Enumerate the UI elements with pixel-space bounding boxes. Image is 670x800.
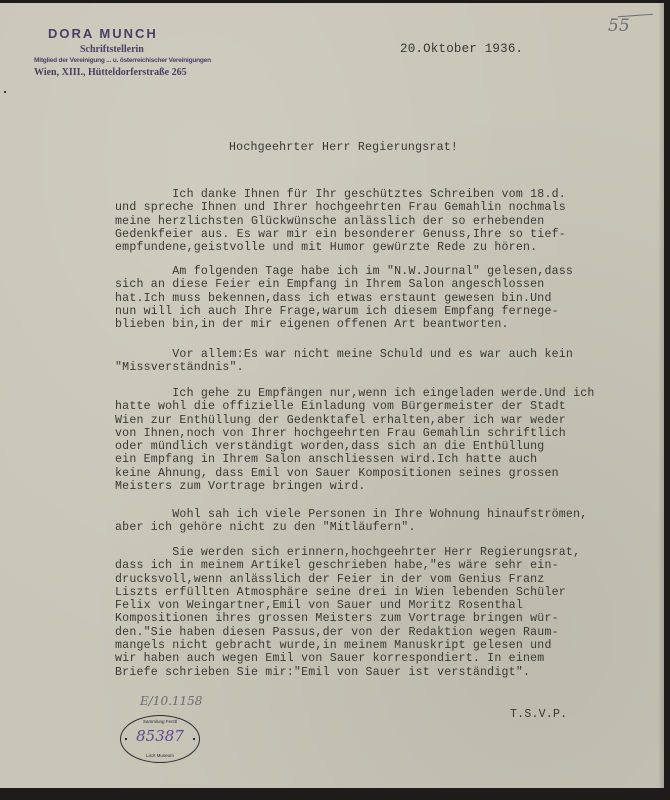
paragraph-5: Wohl sah ich viele Personen in Ihre Wohn… (115, 508, 587, 535)
museum-stamp: Sammlung Ferstl 85387 Liszt Museum (120, 715, 200, 763)
page-number-annotation: 55 (608, 16, 630, 36)
page-edge-shadow (658, 3, 664, 788)
inventory-reference: E/10.1158 (140, 694, 202, 708)
punch-mark (4, 91, 6, 93)
stamp-collection-label: Sammlung Ferstl (121, 719, 199, 724)
letterhead-memberships: Mitglied der Vereinigung ... u. österrei… (34, 57, 211, 64)
stamp-dot-left (125, 738, 127, 740)
stamp-inventory-number: 85387 (121, 727, 199, 745)
letterhead-role: Schriftstellerin (80, 44, 144, 55)
paragraph-3: Vor allem:Es war nicht meine Schuld und … (115, 348, 573, 375)
stamp-dot-right (193, 738, 195, 740)
letterhead-address: Wien, XIII., Hütteldorferstraße 265 (34, 67, 187, 78)
paragraph-6: Sie werden sich erinnern,hochgeehrter He… (115, 546, 580, 679)
letterhead-name: DORA MUNCH (48, 26, 158, 41)
paragraph-1: Ich danke Ihnen für Ihr geschütztes Schr… (115, 188, 566, 254)
stamp-museum-label: Liszt Museum (121, 753, 199, 758)
paragraph-2: Am folgenden Tage habe ich im "N.W.Journ… (115, 265, 573, 331)
letter-date: 20.Oktober 1936. (400, 43, 523, 56)
closing-tsvp: T.S.V.P. (510, 708, 567, 721)
letter-page: DORA MUNCH Schriftstellerin Mitglied der… (0, 3, 664, 788)
paragraph-4: Ich gehe zu Empfängen nur,wenn ich einge… (115, 387, 595, 493)
salutation: Hochgeehrter Herr Regierungsrat! (229, 141, 458, 154)
